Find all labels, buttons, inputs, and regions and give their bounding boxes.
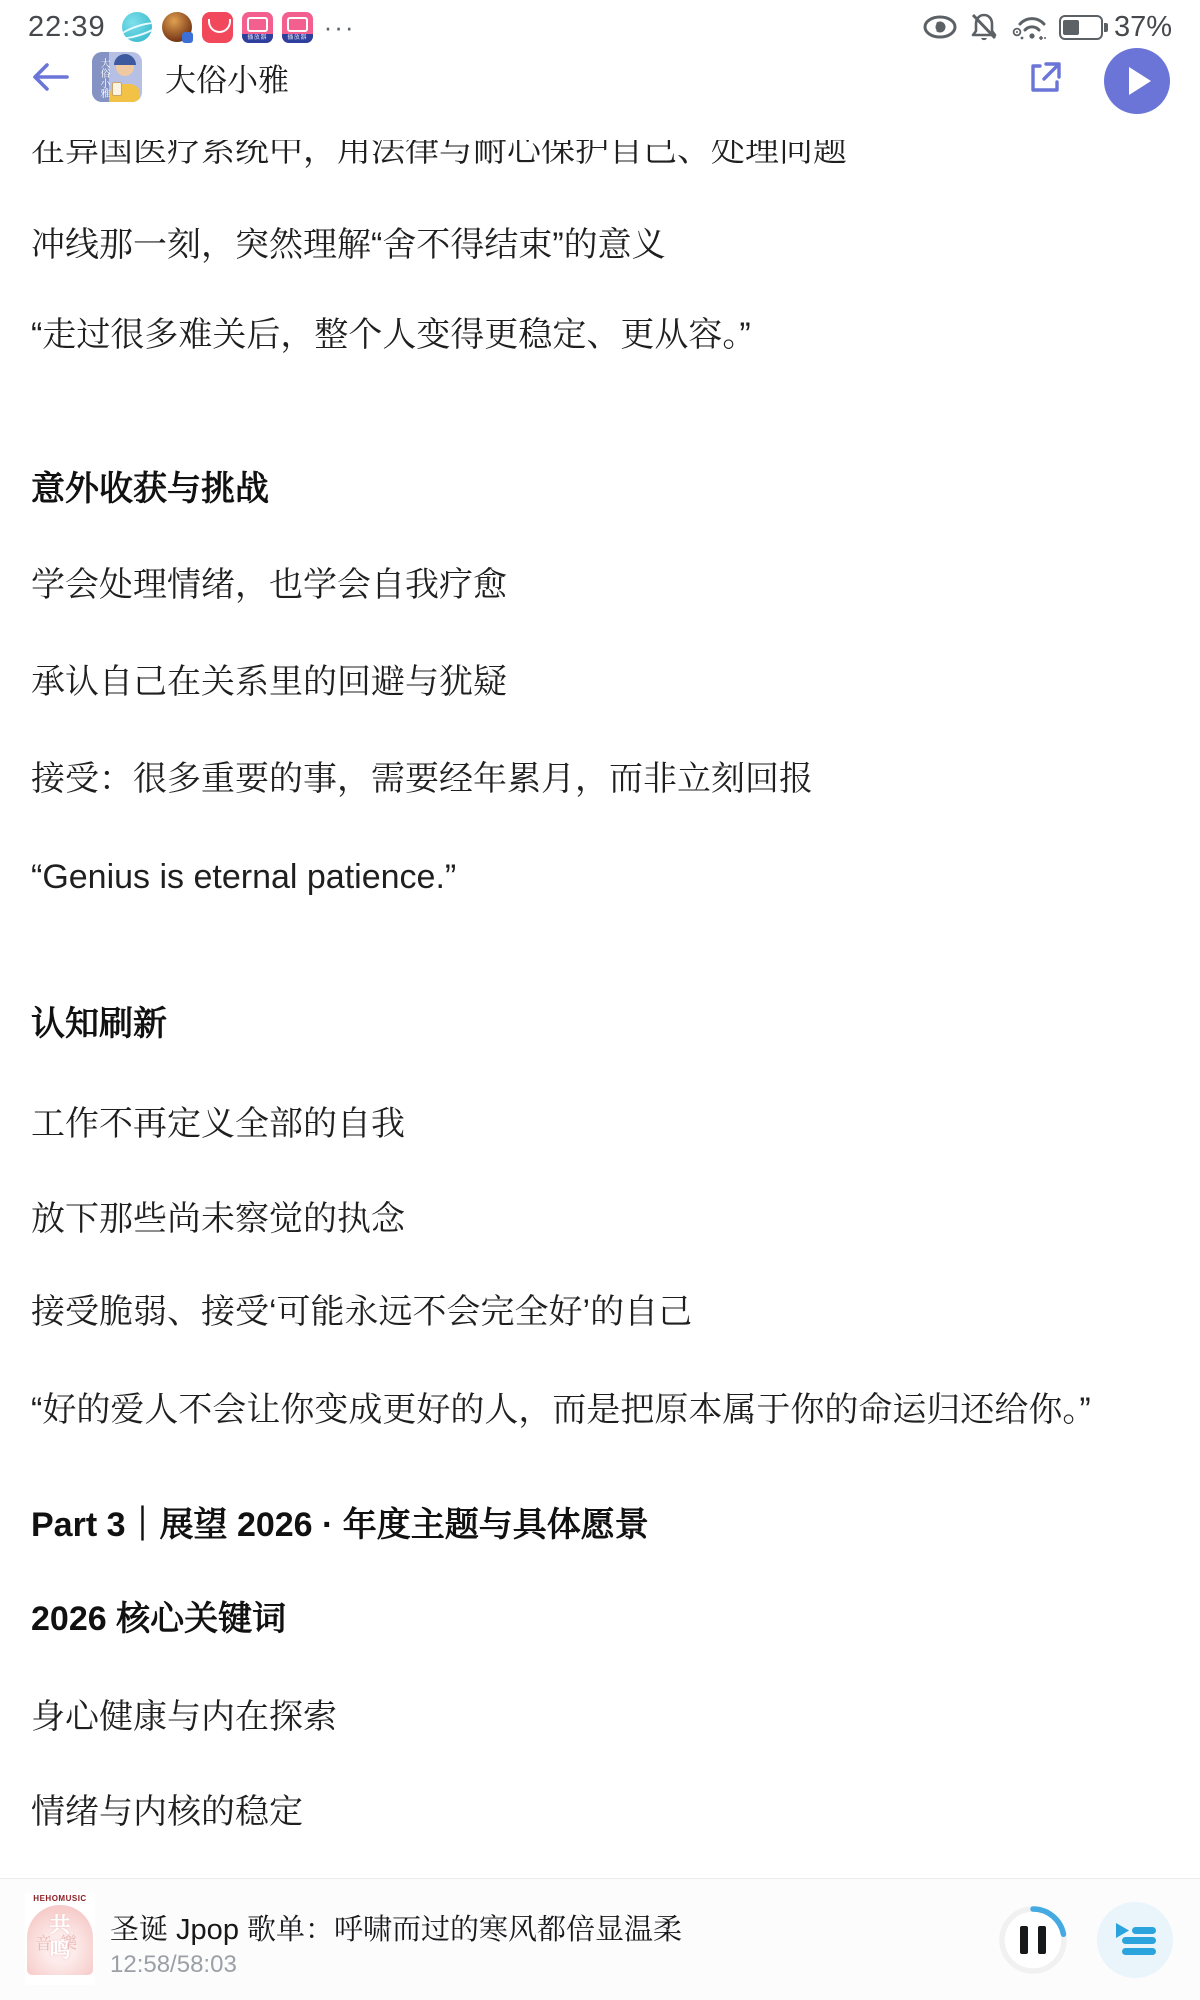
bilibili-notification-icon-2: 播放器 xyxy=(282,12,313,43)
back-button[interactable] xyxy=(30,57,70,97)
playback-time: 12:58/58:03 xyxy=(110,1951,237,1979)
avatar-figure-cup xyxy=(112,82,122,96)
playlist-icon xyxy=(1114,1923,1156,1957)
paragraph-quote: “好的爱人不会让你变成更好的人，而是把原本属于你的命运归还给你。” xyxy=(31,1386,1180,1434)
paragraph: 承认自己在关系里的回避与犹疑 xyxy=(31,658,1180,706)
avatar-notification-icon xyxy=(162,12,193,43)
paragraph: 学会处理情绪，也学会自我疗愈 xyxy=(31,561,1180,609)
share-button[interactable] xyxy=(1024,56,1066,98)
album-title-chars: 共 鸣 xyxy=(27,1913,93,1963)
paragraph: 情绪与内核的稳定 xyxy=(31,1788,1180,1836)
paragraph: 接受脆弱、接受‘可能永远不会完全好’的自己 xyxy=(31,1288,1180,1336)
header: 大俗小雅 大俗小雅 xyxy=(0,48,1200,106)
section-heading: Part 3｜展望 2026 · 年度主题与具体愿景 xyxy=(31,1501,1180,1549)
episode-play-button[interactable] xyxy=(1104,48,1170,114)
pause-button[interactable] xyxy=(997,1904,1069,1976)
podcast-title: 大俗小雅 xyxy=(165,55,289,100)
album-dome: 音樂 共 鸣 xyxy=(27,1905,93,1975)
album-brand-text: HEHOMUSIC xyxy=(25,1893,95,1905)
shownotes-content[interactable]: 在异国医疗系统中，用法律与耐心保护自己、处理问题 冲线那一刻，突然理解“舍不得结… xyxy=(0,140,1200,1878)
clock: 22:39 xyxy=(28,11,106,44)
paragraph: 接受：很多重要的事，需要经年累月，而非立刻回报 xyxy=(31,755,1180,803)
music-app-notification-icon xyxy=(202,12,233,43)
section-heading: 2026 核心关键词 xyxy=(31,1595,1180,1643)
battery-icon xyxy=(1059,15,1103,40)
top-panel: 22:39 播放器 播放器 ··· xyxy=(0,0,1200,140)
eye-protection-icon xyxy=(922,14,958,40)
more-notifications-indicator: ··· xyxy=(324,12,356,43)
paragraph: 放下那些尚未察觉的执念 xyxy=(31,1195,1180,1243)
avatar-figure-cap xyxy=(114,54,136,65)
album-art[interactable]: HEHOMUSIC 音樂 共 鸣 xyxy=(25,1893,95,1985)
paragraph-quote: “走过很多难关后，整个人变得更稳定、更从容。” xyxy=(31,311,1180,359)
playlist-queue-button[interactable] xyxy=(1097,1902,1173,1978)
mini-player[interactable]: HEHOMUSIC 音樂 共 鸣 圣诞 Jpop 歌单：呼啸而过的寒风都倍显温柔… xyxy=(0,1878,1200,2000)
paragraph-quote: “Genius is eternal patience.” xyxy=(31,853,1180,901)
paragraph: 身心健康与内在探索 xyxy=(31,1693,1180,1741)
wifi-icon xyxy=(1010,12,1048,42)
podcast-avatar[interactable]: 大俗小雅 xyxy=(92,52,142,102)
paragraph: 冲线那一刻，突然理解“舍不得结束”的意义 xyxy=(31,221,1180,269)
app-screen: 22:39 播放器 播放器 ··· xyxy=(0,0,1200,2000)
play-icon xyxy=(1129,67,1151,95)
podcast-avatar-text: 大俗小雅 xyxy=(92,52,109,102)
status-bar-right: 37% xyxy=(922,11,1172,44)
section-heading: 意外收获与挑战 xyxy=(31,465,1180,513)
pause-icon xyxy=(1020,1926,1046,1954)
episode-title[interactable]: 圣诞 Jpop 歌单：呼啸而过的寒风都倍显温柔 xyxy=(110,1907,682,1948)
battery-percent: 37% xyxy=(1114,11,1172,44)
section-heading: 认知刷新 xyxy=(31,1000,1180,1048)
status-bar: 22:39 播放器 播放器 ··· xyxy=(0,6,1200,48)
notifications-muted-icon xyxy=(969,12,999,42)
paragraph: 工作不再定义全部的自我 xyxy=(31,1100,1180,1148)
planet-notification-icon xyxy=(122,12,153,43)
bilibili-notification-icon: 播放器 xyxy=(242,12,273,43)
paragraph-clipped: 在异国医疗系统中，用法律与耐心保护自己、处理问题 xyxy=(31,140,1180,174)
